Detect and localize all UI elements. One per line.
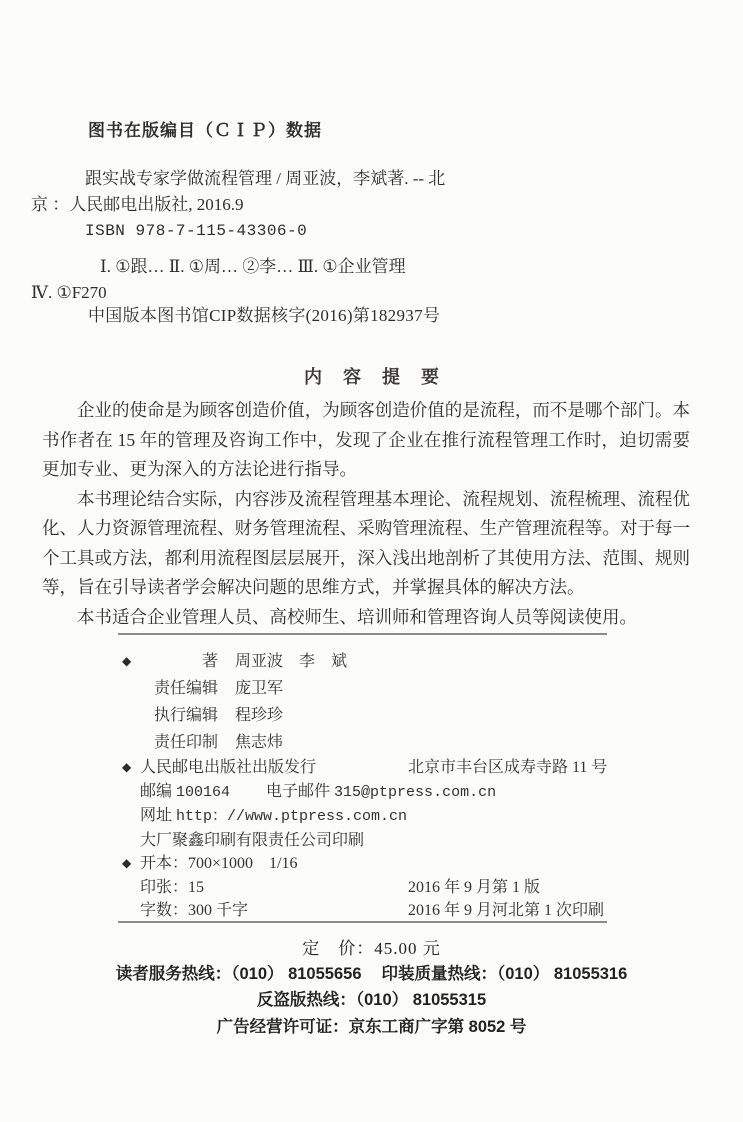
edition-value: 2016 年 9 月第 1 版 — [408, 876, 540, 900]
editor-row: 责任印制 焦志炜 — [118, 729, 708, 756]
quality-hotline-number: （010） 81055316 — [497, 965, 627, 983]
email-label: 电子邮件 — [266, 783, 330, 800]
abstract-paragraph-3: 本书适合企业管理人员、高校师生、培训师和管理咨询人员等阅读使用。 — [42, 603, 690, 633]
quality-hotline-label: 印装质量热线： — [382, 965, 498, 983]
printing-value: 2016 年 9 月河北第 1 次印刷 — [408, 899, 604, 923]
website-label: 网址 — [140, 807, 172, 824]
sheets-row: 印张：15 2016 年 9 月第 1 版 — [118, 876, 708, 900]
editor-row: 责任编辑 庞卫军 — [118, 675, 708, 702]
copyright-page: 图书在版编目（ＣＩＰ）数据 跟实战专家学做流程管理 / 周亚波，李斌著. -- … — [0, 0, 743, 1122]
author-label: 著 — [140, 648, 218, 675]
editor-name: 庞卫军 — [235, 680, 283, 697]
author-names: 周亚波 李 斌 — [235, 653, 347, 670]
email-value: 315@ptpress.com.cn — [334, 784, 496, 801]
editor-label: 责任编辑 — [140, 675, 218, 702]
abstract-paragraph-2: 本书理论结合实际，内容涉及流程管理基本理论、流程规划、流程梳理、流程优化、人力资… — [42, 485, 690, 603]
publisher-row: ◆ 人民邮电出版社出版发行 北京市丰台区成寿寺路 11 号 — [118, 756, 708, 780]
publisher-name: 人民邮电出版社出版发行 — [140, 759, 316, 776]
editor-label: 责任印制 — [140, 729, 218, 756]
colophon-block: ◆ 著 周亚波 李 斌 责任编辑 庞卫军 执行编辑 程珍珍 责任印制 焦志炜 ◆… — [118, 648, 708, 923]
diamond-icon: ◆ — [122, 756, 131, 780]
postcode-value: 100164 — [176, 784, 230, 801]
website-url: http：//www.ptpress.com.cn — [176, 808, 407, 825]
isbn-line: ISBN 978-7-115-43306-0 — [31, 218, 671, 244]
hotline-line-2: 反盗版热线：（010） 81055315 — [0, 988, 743, 1014]
piracy-hotline-number: （010） 81055315 — [356, 991, 486, 1009]
reader-hotline-label: 读者服务热线： — [116, 965, 232, 983]
abstract-body: 企业的使命是为顾客创造价值，为顾客创造价值的是流程，而不是哪个部门。本书作者在 … — [42, 396, 690, 632]
format-value: 开本：700×1000 1/16 — [140, 855, 297, 872]
cip-record-block: 跟实战专家学做流程管理 / 周亚波，李斌著. -- 北 京 ：人民邮电出版社, … — [31, 166, 671, 306]
reader-hotline-number: （010） 81055656 — [231, 965, 361, 983]
wordcount-row: 字数：300 千字 2016 年 9 月河北第 1 次印刷 — [118, 899, 708, 923]
editor-name: 焦志炜 — [235, 734, 283, 751]
contact-row: 邮编 100164 电子邮件 315@ptpress.com.cn — [118, 780, 708, 805]
diamond-icon: ◆ — [122, 648, 131, 675]
editor-row: 执行编辑 程珍珍 — [118, 702, 708, 729]
website-row: 网址 http：//www.ptpress.com.cn — [118, 804, 708, 829]
editor-name: 程珍珍 — [235, 707, 283, 724]
cip-classification-line-1: Ⅰ. ①跟… Ⅱ. ①周… ②李… Ⅲ. ①企业管理 — [31, 254, 671, 280]
postcode-label: 邮编 — [140, 783, 172, 800]
hotline-line-1: 读者服务热线：（010） 81055656印装质量热线：（010） 810553… — [0, 962, 743, 988]
sheets-value: 印张：15 — [140, 879, 204, 896]
cip-record-number: 中国版本图书馆CIP数据核字(2016)第182937号 — [88, 301, 440, 326]
wordcount-value: 字数：300 千字 — [140, 902, 248, 919]
abstract-paragraph-1: 企业的使命是为顾客创造价值，为顾客创造价值的是流程，而不是哪个部门。本书作者在 … — [42, 396, 690, 485]
editor-label: 执行编辑 — [140, 702, 218, 729]
divider-line-top — [118, 633, 607, 635]
diamond-icon: ◆ — [122, 852, 131, 876]
cip-title-line-1: 跟实战专家学做流程管理 / 周亚波，李斌著. -- 北 — [31, 166, 671, 192]
price-line: 定 价：45.00 元 — [0, 936, 743, 962]
printer-row: 大厂聚鑫印刷有限责任公司印刷 — [118, 829, 708, 853]
piracy-hotline-label: 反盗版热线： — [257, 991, 356, 1009]
printer-name: 大厂聚鑫印刷有限责任公司印刷 — [140, 832, 364, 849]
footer-block: 定 价：45.00 元 读者服务热线：（010） 81055656印装质量热线：… — [0, 936, 743, 1040]
cip-title-line-2: 京 ：人民邮电出版社, 2016.9 — [31, 192, 671, 218]
publisher-address: 北京市丰台区成寿寺路 11 号 — [408, 756, 607, 780]
cip-heading: 图书在版编目（ＣＩＰ）数据 — [88, 116, 322, 141]
license-line: 广告经营许可证：京东工商广字第 8052 号 — [0, 1014, 743, 1040]
abstract-heading: 内 容 提 要 — [0, 363, 743, 389]
author-row: ◆ 著 周亚波 李 斌 — [118, 648, 708, 675]
format-row: ◆ 开本：700×1000 1/16 — [118, 852, 708, 876]
